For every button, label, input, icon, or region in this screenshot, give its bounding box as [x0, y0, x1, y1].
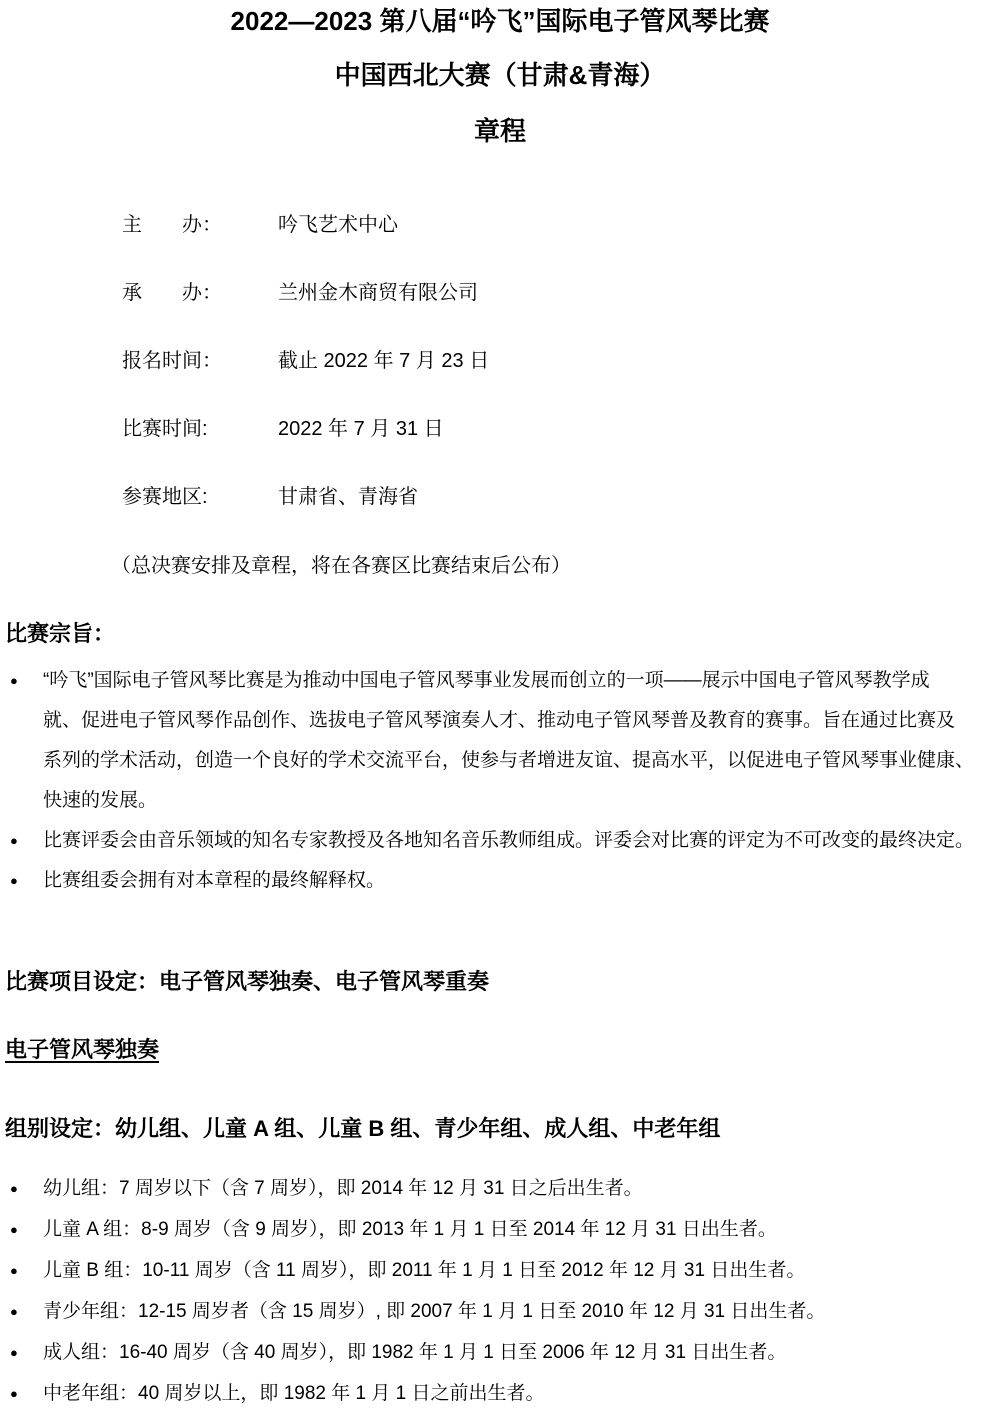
group-item-text: 成人组：16-40 周岁（含 40 周岁），即 1982 年 1 月 1 日至 … [43, 1341, 786, 1365]
document-title-line1: 2022—2023 第八届“吟飞”国际电子管风琴比赛 [0, 4, 1000, 38]
events-heading: 比赛项目设定：电子管风琴独奏、电子管风琴重奏 [5, 967, 1000, 997]
info-row-co-organizer: 承 办：兰州金木商贸有限公司 [122, 281, 1000, 305]
info-value-co-organizer: 兰州金木商贸有限公司 [278, 281, 478, 305]
groups-heading: 组别设定：幼儿组、儿童 A 组、儿童 B 组、青少年组、成人组、中老年组 [5, 1114, 1000, 1144]
info-label-registration-deadline: 报名时间： [122, 349, 278, 373]
bullet-icon: ● [10, 661, 43, 821]
bullet-icon: ● [10, 861, 43, 901]
document-title-line2: 中国西北大赛（甘肃&青海） [0, 58, 1000, 92]
purpose-line: 系列的学术活动，创造一个良好的学术交流平台，使参与者增进友谊、提高水平，以促进电… [43, 741, 974, 781]
bullet-icon: ● [10, 1382, 43, 1406]
info-value-organizer: 吟飞艺术中心 [278, 213, 398, 237]
bullet-icon: ● [10, 1218, 43, 1242]
document-page: 2022—2023 第八届“吟飞”国际电子管风琴比赛 中国西北大赛（甘肃&青海）… [0, 0, 1000, 1423]
purpose-list: ● “吟飞”国际电子管风琴比赛是为推动中国电子管风琴事业发展而创立的一项——展示… [0, 661, 1000, 901]
info-row-regions: 参赛地区:甘肃省、青海省 [122, 485, 1000, 509]
info-value-registration-deadline: 截止 2022 年 7 月 23 日 [278, 349, 489, 373]
purpose-line: 快速的发展。 [43, 781, 974, 821]
list-item: ● 儿童 B 组：10-11 周岁（含 11 周岁），即 2011 年 1 月 … [0, 1259, 1000, 1283]
info-label-organizer: 主 办： [122, 213, 278, 237]
group-list: ● 幼儿组：7 周岁以下（含 7 周岁），即 2014 年 12 月 31 日之… [0, 1177, 1000, 1406]
group-item-text: 幼儿组：7 周岁以下（含 7 周岁），即 2014 年 12 月 31 日之后出… [43, 1177, 643, 1201]
list-item: ● “吟飞”国际电子管风琴比赛是为推动中国电子管风琴事业发展而创立的一项——展示… [0, 661, 1000, 821]
info-row-registration-deadline: 报名时间：截止 2022 年 7 月 23 日 [122, 349, 1000, 373]
list-item: ● 幼儿组：7 周岁以下（含 7 周岁），即 2014 年 12 月 31 日之… [0, 1177, 1000, 1201]
bullet-icon: ● [10, 1259, 43, 1283]
purpose-line: “吟飞”国际电子管风琴比赛是为推动中国电子管风琴事业发展而创立的一项——展示中国… [43, 661, 974, 701]
finals-note: （总决赛安排及章程，将在各赛区比赛结束后公布） [111, 553, 1000, 579]
list-item: ● 青少年组：12-15 周岁者（含 15 周岁）, 即 2007 年 1 月 … [0, 1300, 1000, 1324]
list-item: ● 中老年组：40 周岁以上，即 1982 年 1 月 1 日之前出生者。 [0, 1382, 1000, 1406]
bullet-icon: ● [10, 821, 43, 861]
bullet-icon: ● [10, 1177, 43, 1201]
bullet-icon: ● [10, 1300, 43, 1324]
info-value-competition-date: 2022 年 7 月 31 日 [278, 417, 444, 441]
info-value-regions: 甘肃省、青海省 [278, 485, 418, 509]
purpose-item-text: 比赛评委会由音乐领域的知名专家教授及各地知名音乐教师组成。评委会对比赛的评定为不… [43, 821, 974, 861]
purpose-line: 比赛组委会拥有对本章程的最终解释权。 [43, 861, 385, 901]
info-row-competition-date: 比赛时间:2022 年 7 月 31 日 [122, 417, 1000, 441]
info-label-regions: 参赛地区: [122, 485, 278, 509]
info-block: 主 办：吟飞艺术中心 承 办：兰州金木商贸有限公司 报名时间：截止 2022 年… [122, 213, 1000, 509]
group-item-text: 中老年组：40 周岁以上，即 1982 年 1 月 1 日之前出生者。 [43, 1382, 545, 1406]
info-label-co-organizer: 承 办： [122, 281, 278, 305]
purpose-line: 就、促进电子管风琴作品创作、选拔电子管风琴演奏人才、推动电子管风琴普及教育的赛事… [43, 701, 974, 741]
solo-section-heading: 电子管风琴独奏 [5, 1035, 1000, 1065]
purpose-item-text: “吟飞”国际电子管风琴比赛是为推动中国电子管风琴事业发展而创立的一项——展示中国… [43, 661, 974, 821]
document-title-line3: 章程 [0, 114, 1000, 148]
purpose-line: 比赛评委会由音乐领域的知名专家教授及各地知名音乐教师组成。评委会对比赛的评定为不… [43, 821, 974, 861]
purpose-item-text: 比赛组委会拥有对本章程的最终解释权。 [43, 861, 385, 901]
group-item-text: 儿童 A 组：8-9 周岁（含 9 周岁），即 2013 年 1 月 1 日至 … [43, 1218, 777, 1242]
list-item: ● 儿童 A 组：8-9 周岁（含 9 周岁），即 2013 年 1 月 1 日… [0, 1218, 1000, 1242]
group-item-text: 儿童 B 组：10-11 周岁（含 11 周岁），即 2011 年 1 月 1 … [43, 1259, 805, 1283]
list-item: ● 成人组：16-40 周岁（含 40 周岁），即 1982 年 1 月 1 日… [0, 1341, 1000, 1365]
list-item: ● 比赛组委会拥有对本章程的最终解释权。 [0, 861, 1000, 901]
bullet-icon: ● [10, 1341, 43, 1365]
info-row-organizer: 主 办：吟飞艺术中心 [122, 213, 1000, 237]
info-label-competition-date: 比赛时间: [122, 417, 278, 441]
purpose-heading: 比赛宗旨： [5, 619, 1000, 649]
list-item: ● 比赛评委会由音乐领域的知名专家教授及各地知名音乐教师组成。评委会对比赛的评定… [0, 821, 1000, 861]
group-item-text: 青少年组：12-15 周岁者（含 15 周岁）, 即 2007 年 1 月 1 … [43, 1300, 825, 1324]
